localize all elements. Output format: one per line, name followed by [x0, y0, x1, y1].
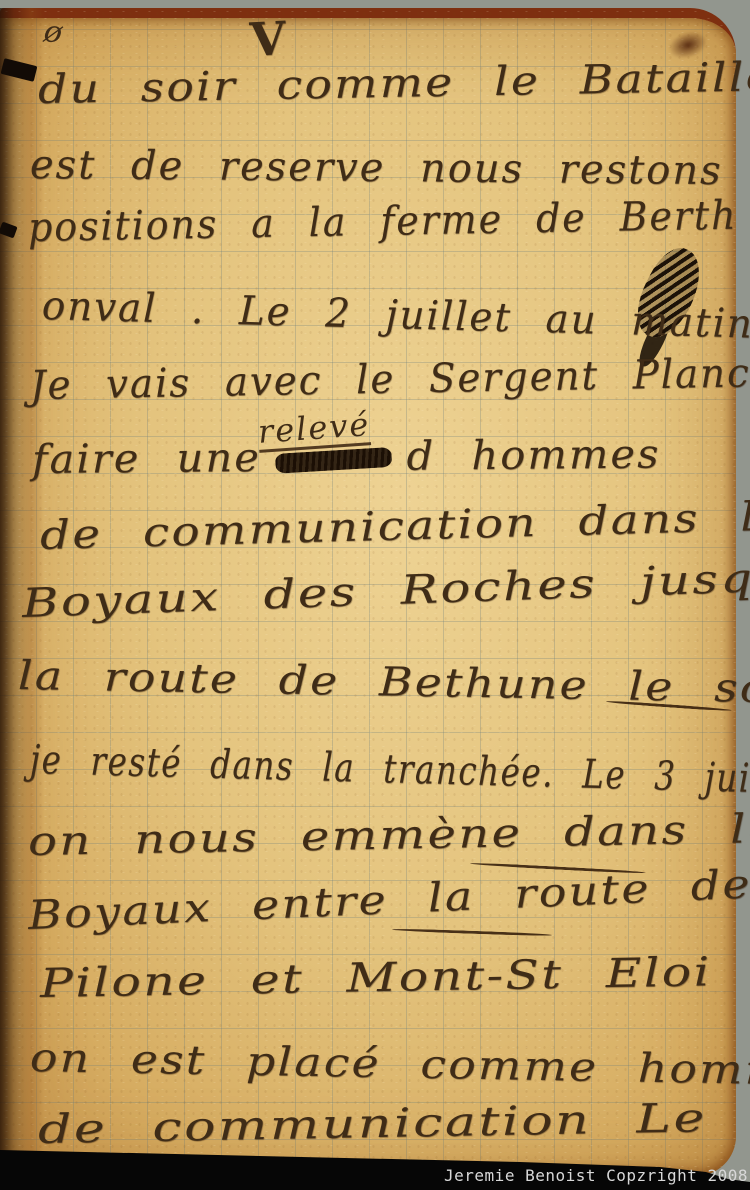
line-text-after: d hommes: [406, 432, 660, 480]
scanned-notebook-page: ø V du soir comme le Bataillon est de re…: [0, 0, 750, 1190]
scribbled-out-word: [275, 447, 393, 474]
handwritten-line: Je vais avec le Sergent Plancher: [30, 352, 750, 406]
handwritten-line: on nous emmène dans le: [28, 809, 750, 862]
handwritten-line: Pilone et Mont-St Eloi: [40, 952, 712, 1004]
line-text-before: faire une: [32, 435, 261, 483]
handwritten-line: est de reserve nous restons au: [30, 145, 750, 192]
chapter-numeral: V: [249, 15, 287, 63]
copyright-watermark: Jeremie Benoist Copzright 2008: [444, 1166, 748, 1185]
handwritten-line: faire uned hommes: [32, 435, 661, 480]
handwritten-line: de communication Le: [38, 1098, 708, 1150]
handwritten-line: positions a la ferme de Berth: [28, 196, 738, 248]
handwritten-line: du soir comme le Bataillon: [38, 57, 750, 110]
